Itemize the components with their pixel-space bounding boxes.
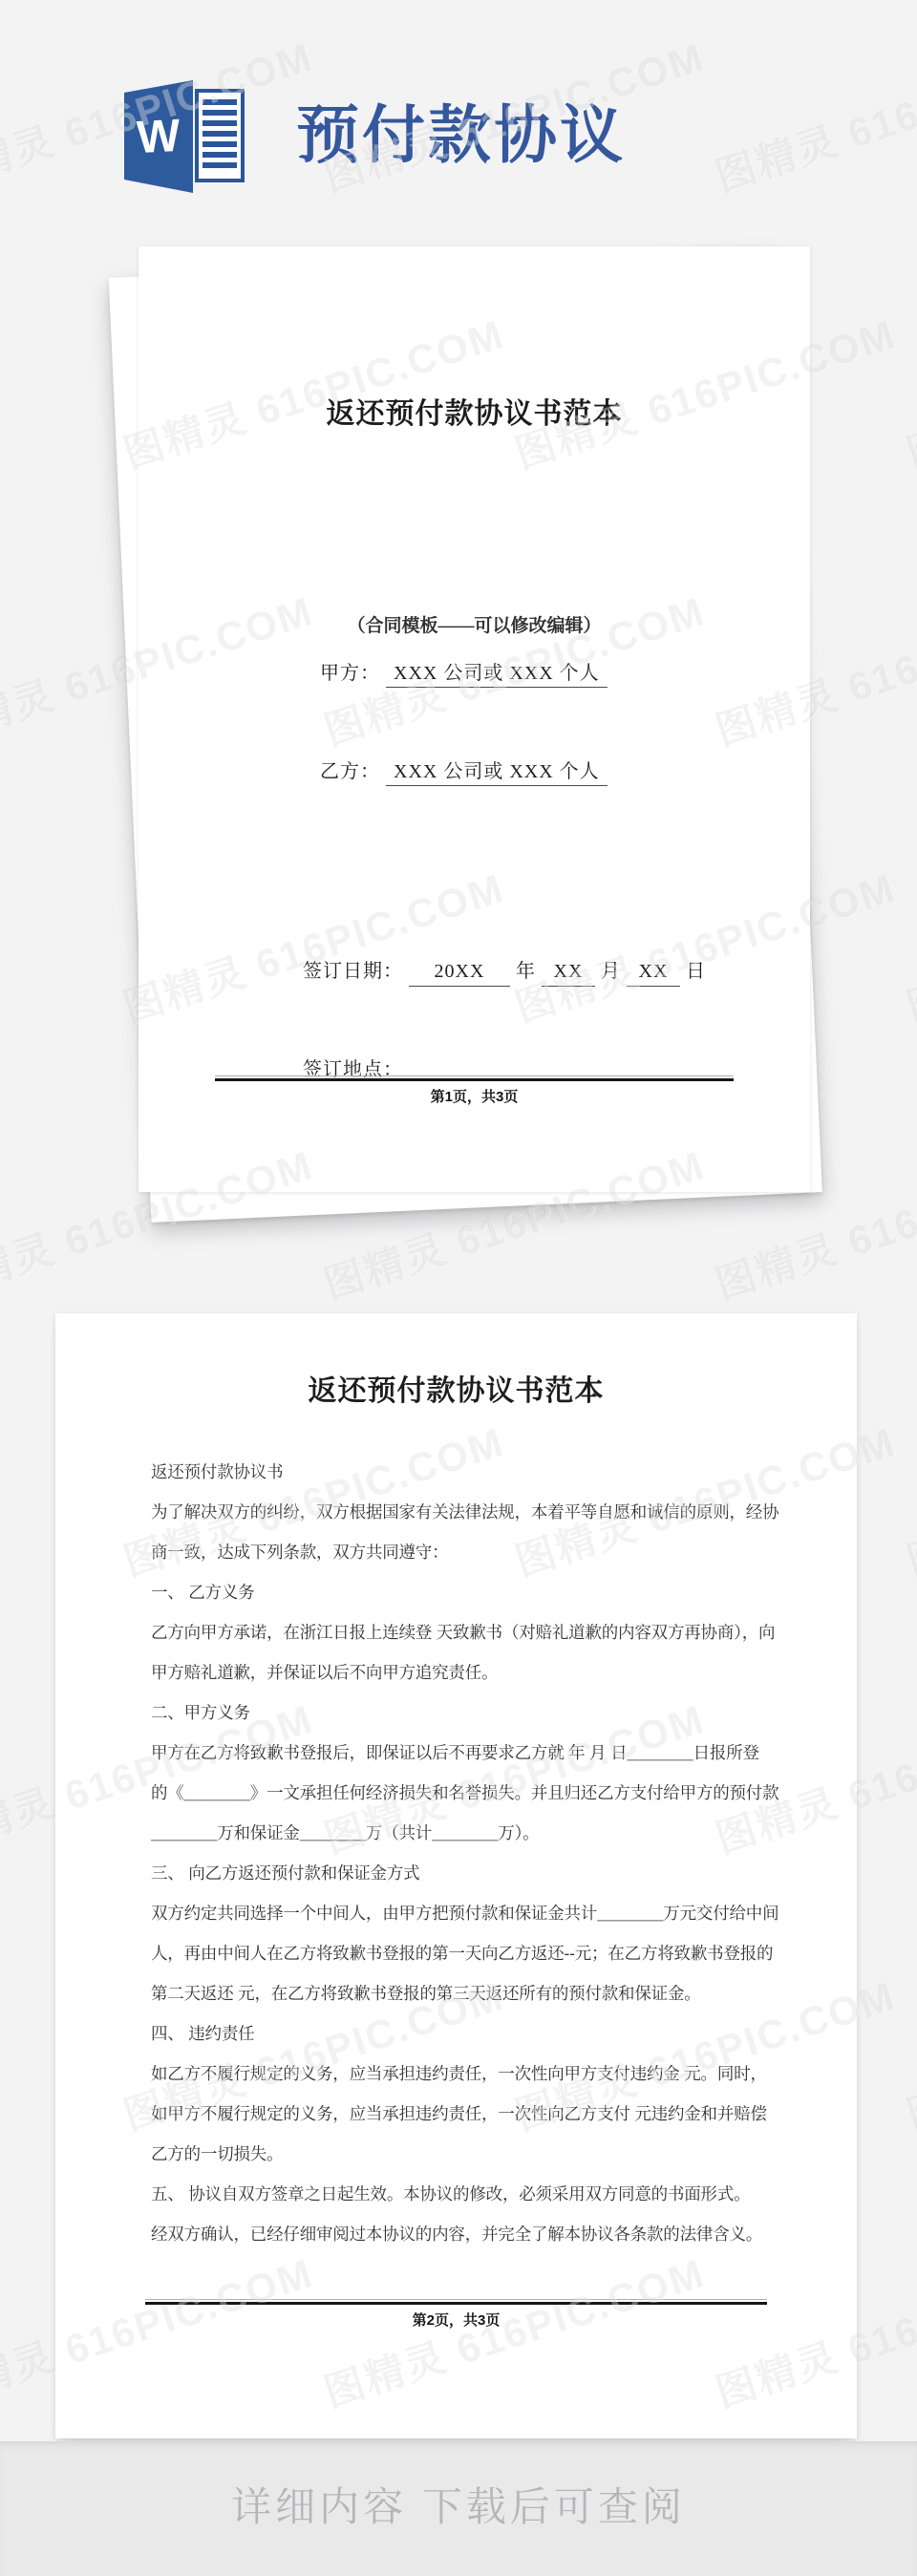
document-line: ＿＿＿＿万和保证金＿＿＿＿万（共计＿＿＿＿万）。 <box>151 1813 780 1853</box>
bottom-band: 详细内容 下载后可查阅 <box>0 2441 917 2576</box>
document-line: 一、 乙方义务 <box>151 1572 780 1612</box>
document-line: 甲方在乙方将致歉书登报后，即保证以后不再要求乙方就 年 月 日＿＿＿＿日报所登 <box>151 1733 780 1773</box>
footer-rule <box>145 2299 767 2305</box>
document-line: 二、甲方义务 <box>151 1692 780 1733</box>
document-preview-page-1: 返还预付款协议书范本 （合同模板——可以修改编辑） 甲方： XXX 公司或 XX… <box>139 246 810 1192</box>
document-line: 乙方向甲方承诺，在浙江日报上连续登 天致歉书（对赔礼道歉的内容双方再协商），向 <box>151 1612 780 1652</box>
party-b-row: 乙方： XXX 公司或 XXX 个人 <box>320 756 608 783</box>
document-title: 返还预付款协议书范本 <box>139 390 810 432</box>
page-number: 第2页，共3页 <box>55 2310 857 2330</box>
document-line: 乙方的一切损失。 <box>151 2134 780 2174</box>
document-line: 商一致，达成下列条款，双方共同遵守： <box>151 1532 780 1572</box>
party-b-value: XXX 公司或 XXX 个人 <box>386 761 608 786</box>
page-number: 第1页，共3页 <box>139 1086 810 1106</box>
sign-date-month-unit: 月 <box>601 961 621 982</box>
document-line: 如乙方不履行规定的义务，应当承担违约责任，一次性向甲方支付违约金 元。同时， <box>151 2054 780 2094</box>
document-line: 三、 向乙方返还预付款和保证金方式 <box>151 1853 780 1893</box>
document-line: 为了解决双方的纠纷，双方根据国家有关法律法规，本着平等自愿和诚信的原则，经协 <box>151 1492 780 1532</box>
document-line: 甲方赔礼道歉，并保证以后不向甲方追究责任。 <box>151 1652 780 1692</box>
document-line: 的《＿＿＿＿》一文承担任何经济损失和名誉损失。并且归还乙方支付给甲方的预付款 <box>151 1773 780 1813</box>
sign-date-row: 签订日期： 20XX 年 XX 月 XX 日 <box>303 955 706 987</box>
document-subtitle: （合同模板——可以修改编辑） <box>139 611 810 637</box>
document-line: 四、 违约责任 <box>151 2013 780 2054</box>
sign-date-label: 签订日期： <box>303 961 403 982</box>
download-hint-text: 详细内容 下载后可查阅 <box>0 2476 917 2533</box>
sign-date-day: XX <box>627 961 680 987</box>
party-a-row: 甲方： XXX 公司或 XXX 个人 <box>320 657 608 685</box>
sign-date-month: XX <box>542 961 595 987</box>
svg-text:W: W <box>136 111 182 163</box>
document-line: 人，再由中间人在乙方将致歉书登报的第一天向乙方返还--元；在乙方将致歉书登报的 <box>151 1933 780 1973</box>
watermark-text: 图精灵 616PIC.COM <box>899 303 917 479</box>
watermark-text: 图精灵 616PIC.COM <box>899 1411 917 1587</box>
footer-rule <box>215 1075 734 1081</box>
document-line: 如甲方不履行规定的义务，应当承担违约责任，一次性向乙方支付 元违约金和并赔偿 <box>151 2094 780 2134</box>
document-title: 返还预付款协议书范本 <box>55 1367 857 1409</box>
sign-date-year-unit: 年 <box>516 961 536 982</box>
word-icon: W <box>120 78 246 201</box>
site-header: W 预付款协议 <box>0 0 917 246</box>
sign-date-year: 20XX <box>409 961 510 987</box>
watermark-text: 图精灵 616PIC.COM <box>899 1965 917 2141</box>
party-b-label: 乙方： <box>320 761 380 782</box>
sign-date-day-unit: 日 <box>686 961 706 982</box>
document-line: 五、 协议自双方签章之日起生效。本协议的修改，必须采用双方同意的书面形式。 <box>151 2174 780 2214</box>
document-preview-page-2: 返还预付款协议书范本 返还预付款协议书为了解决双方的纠纷，双方根据国家有关法律法… <box>55 1313 857 2438</box>
document-line: 第二天返还 元，在乙方将致歉书登报的第三天返还所有的预付款和保证金。 <box>151 1973 780 2013</box>
document-body: 返还预付款协议书为了解决双方的纠纷，双方根据国家有关法律法规，本着平等自愿和诚信… <box>151 1452 780 2254</box>
watermark-text: 图精灵 616PIC.COM <box>899 857 917 1033</box>
party-a-label: 甲方： <box>320 663 380 684</box>
party-a-value: XXX 公司或 XXX 个人 <box>386 663 608 688</box>
document-line: 经双方确认，已经仔细审阅过本协议的内容，并完全了解本协议各条款的法律含义。 <box>151 2214 780 2254</box>
cover-page-sheet: 返还预付款协议书范本 （合同模板——可以修改编辑） 甲方： XXX 公司或 XX… <box>139 246 810 1192</box>
document-line: 双方约定共同选择一个中间人，由甲方把预付款和保证金共计＿＿＿＿万元交付给中间 <box>151 1893 780 1933</box>
page-title: 预付款协议 <box>296 84 626 175</box>
document-line: 返还预付款协议书 <box>151 1452 780 1492</box>
